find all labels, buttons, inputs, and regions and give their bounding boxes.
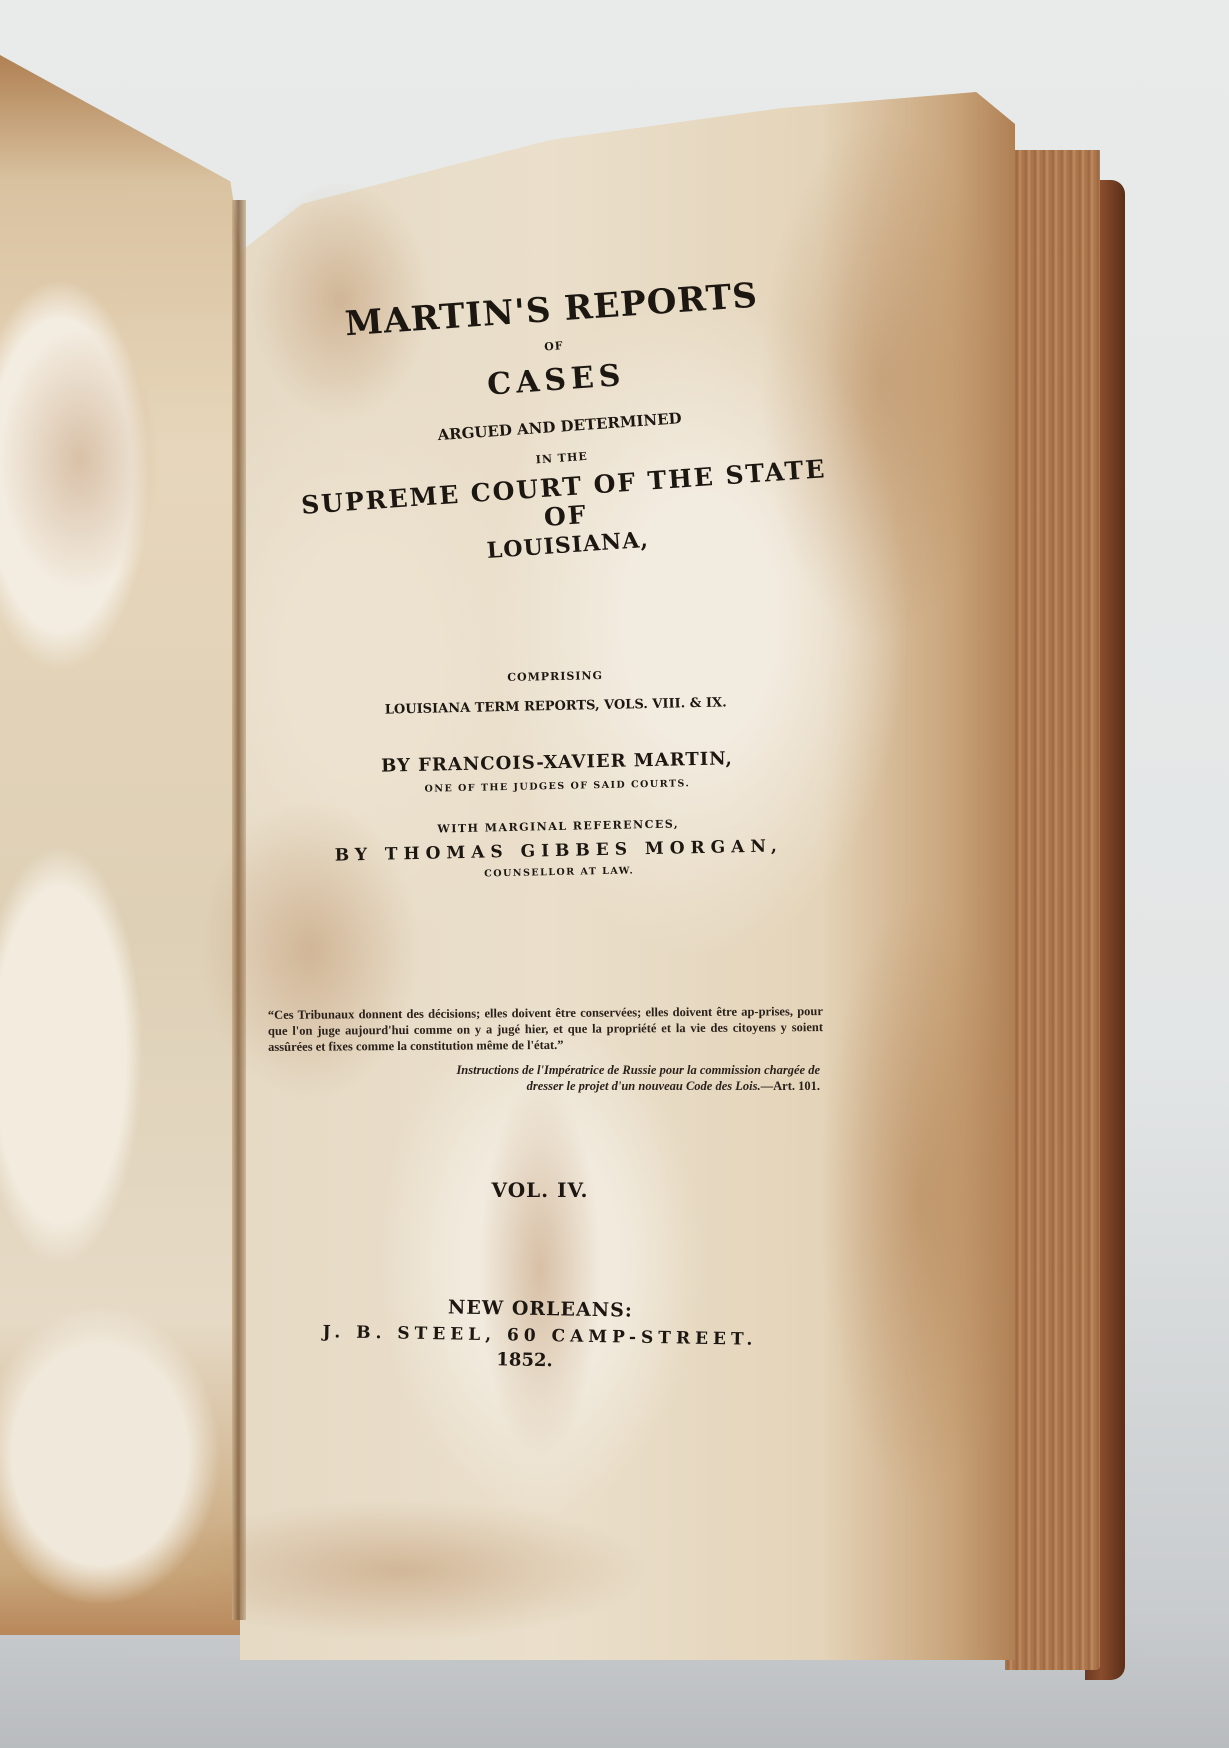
epigraph-quote: “Ces Tribunaux donnent des décisions; el… — [268, 1003, 823, 1055]
foxing-stain — [820, 900, 1020, 1500]
epigraph-attribution: Instructions de l'Impératrice de Russie … — [380, 1062, 820, 1094]
attribution-line-2: dresser le projet d'un nouveau Code des … — [527, 1079, 761, 1093]
title-heading-block: MARTIN'S REPORTS OF CASES ARGUED AND DET… — [271, 270, 848, 577]
imprint-publisher: J. B. STEEL, 60 CAMP-STREET. — [320, 1322, 760, 1350]
attribution-line-1: Instructions de l'Impératrice de Russie … — [380, 1062, 820, 1078]
author-line: BY FRANCOIS-XAVIER MARTIN, — [277, 746, 837, 779]
author-role: ONE OF THE JUDGES OF SAID COURTS. — [277, 775, 837, 798]
marginal-references-line: WITH MARGINAL REFERENCES, — [278, 814, 838, 839]
book-photo: MARTIN'S REPORTS OF CASES ARGUED AND DET… — [0, 0, 1229, 1748]
attribution-line-2-wrap: dresser le projet d'un nouveau Code des … — [380, 1078, 820, 1094]
page-block-fore-edge — [1005, 150, 1100, 1670]
foxing-stain — [0, 330, 160, 590]
left-page — [0, 55, 240, 1635]
authorship-block: COMPRISING LOUISIANA TERM REPORTS, VOLS.… — [275, 664, 839, 884]
imprint-block: NEW ORLEANS: J. B. STEEL, 60 CAMP-STREET… — [319, 1294, 760, 1375]
volume-number: VOL. IV. — [380, 1178, 700, 1202]
foxing-stain — [480, 1080, 600, 1460]
foxing-stain — [150, 1500, 650, 1640]
series-line: LOUISIANA TERM REPORTS, VOLS. VIII. & IX… — [276, 693, 836, 720]
attribution-article: —Art. 101. — [761, 1079, 820, 1093]
